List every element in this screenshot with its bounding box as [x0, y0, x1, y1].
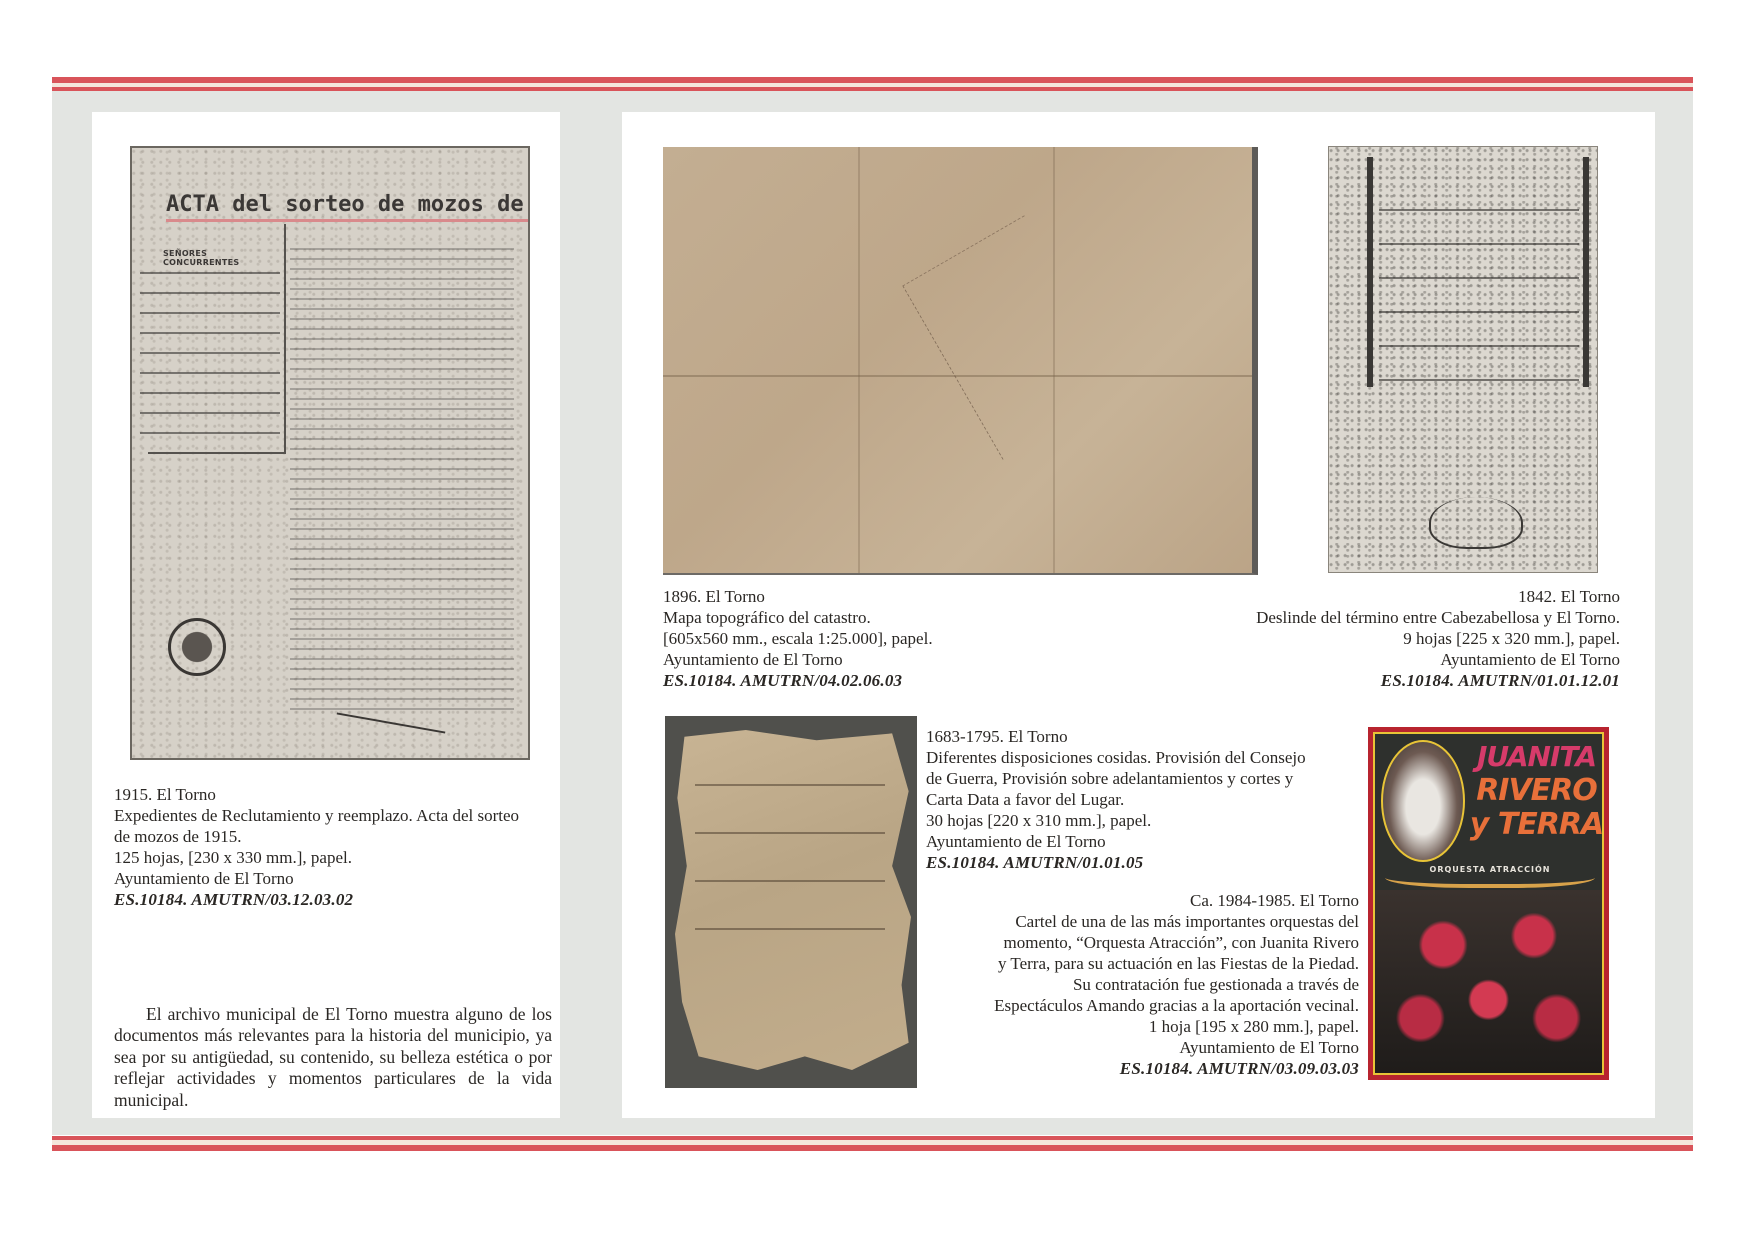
acta-handwriting — [140, 258, 280, 448]
acta-title-text: ACTA del sorteo de mozos de 191 — [166, 192, 530, 222]
manuscript-border — [1367, 157, 1373, 387]
manuscript-handwriting — [1379, 187, 1579, 387]
caption-date-place: 1842. El Torno — [1256, 586, 1620, 607]
poster-banner: ORQUESTA ATRACCIÓN — [1385, 862, 1595, 888]
caption-description-cont: Su contratación fue gestionada a través … — [994, 974, 1359, 995]
acta-stamp-icon — [168, 618, 226, 676]
caption-physical: 9 hojas [225 x 320 mm.], papel. — [1256, 628, 1620, 649]
document-handwriting — [695, 754, 885, 944]
caption-description-cont: de mozos de 1915. — [114, 826, 519, 847]
caption-1683-1795: 1683-1795. El Torno Diferentes disposici… — [926, 726, 1306, 873]
poster-title-line: RIVERO — [1469, 774, 1604, 808]
orquesta-poster-image: JUANITA RIVERO y TERRA ORQUESTA ATRACCIÓ… — [1368, 727, 1609, 1080]
bottom-red-stripe-2 — [52, 1145, 1693, 1151]
caption-holder: Ayuntamiento de El Torno — [926, 831, 1306, 852]
map-boundary-trace — [902, 215, 1125, 460]
poster-singer-portrait — [1381, 740, 1465, 862]
caption-description-cont: de Guerra, Provisión sobre adelantamient… — [926, 768, 1306, 789]
caption-description-cont: Espectáculos Amando gracias a la aportac… — [994, 995, 1359, 1016]
caption-reference: ES.10184. AMUTRN/03.09.03.03 — [994, 1058, 1359, 1079]
caption-1915: 1915. El Torno Expedientes de Reclutamie… — [114, 784, 519, 910]
caption-physical: [605x560 mm., escala 1:25.000], papel. — [663, 628, 933, 649]
caption-physical: 30 hojas [220 x 310 mm.], papel. — [926, 810, 1306, 831]
manuscript-flourish — [1429, 497, 1523, 549]
poster-title-line: JUANITA — [1469, 740, 1604, 774]
caption-description: Expedientes de Reclutamiento y reemplazo… — [114, 805, 519, 826]
caption-1842: 1842. El Torno Deslinde del término entr… — [1256, 586, 1620, 691]
caption-reference: ES.10184. AMUTRN/03.12.03.02 — [114, 889, 519, 910]
caption-date-place: 1896. El Torno — [663, 586, 933, 607]
acta-printed-text — [290, 248, 514, 718]
caption-holder: Ayuntamiento de El Torno — [663, 649, 933, 670]
poster-frame: JUANITA RIVERO y TERRA ORQUESTA ATRACCIÓ… — [1373, 732, 1604, 1075]
caption-description-cont: momento, “Orquesta Atracción”, con Juani… — [994, 932, 1359, 953]
poster-title: JUANITA RIVERO y TERRA — [1469, 740, 1604, 842]
poster-band-photo — [1375, 890, 1602, 1073]
caption-holder: Ayuntamiento de El Torno — [114, 868, 519, 889]
deslinde-manuscript-image — [1328, 146, 1598, 573]
caption-description-cont: Carta Data a favor del Lugar. — [926, 789, 1306, 810]
caption-description: Diferentes disposiciones cosidas. Provis… — [926, 747, 1306, 768]
caption-description-cont: y Terra, para su actuación en las Fiesta… — [994, 953, 1359, 974]
map-fold — [858, 147, 860, 573]
caption-description: Cartel de una de las más importantes orq… — [994, 911, 1359, 932]
caption-physical: 1 hoja [195 x 280 mm.], papel. — [994, 1016, 1359, 1037]
caption-reference: ES.10184. AMUTRN/04.02.06.03 — [663, 670, 933, 691]
caption-date-place: 1915. El Torno — [114, 784, 519, 805]
intro-paragraph: El archivo municipal de El Torno muestra… — [114, 1004, 552, 1112]
caption-date-place: Ca. 1984-1985. El Torno — [994, 890, 1359, 911]
manuscript-border — [1583, 157, 1589, 387]
caption-holder: Ayuntamiento de El Torno — [1256, 649, 1620, 670]
disposiciones-document-image — [665, 716, 917, 1088]
caption-reference: ES.10184. AMUTRN/01.01.05 — [926, 852, 1306, 873]
caption-1896: 1896. El Torno Mapa topográfico del cata… — [663, 586, 933, 691]
acta-sorteo-image: ACTA del sorteo de mozos de 191 SEÑORES … — [130, 146, 530, 760]
caption-1984-1985: Ca. 1984-1985. El Torno Cartel de una de… — [994, 890, 1359, 1079]
poster-title-line: y TERRA — [1469, 808, 1604, 842]
caption-description: Deslinde del término entre Cabezabellosa… — [1256, 607, 1620, 628]
caption-physical: 125 hojas, [230 x 330 mm.], papel. — [114, 847, 519, 868]
caption-holder: Ayuntamiento de El Torno — [994, 1037, 1359, 1058]
caption-date-place: 1683-1795. El Torno — [926, 726, 1306, 747]
caption-description: Mapa topográfico del catastro. — [663, 607, 933, 628]
topographic-map-image — [663, 147, 1258, 575]
caption-reference: ES.10184. AMUTRN/01.01.12.01 — [1256, 670, 1620, 691]
